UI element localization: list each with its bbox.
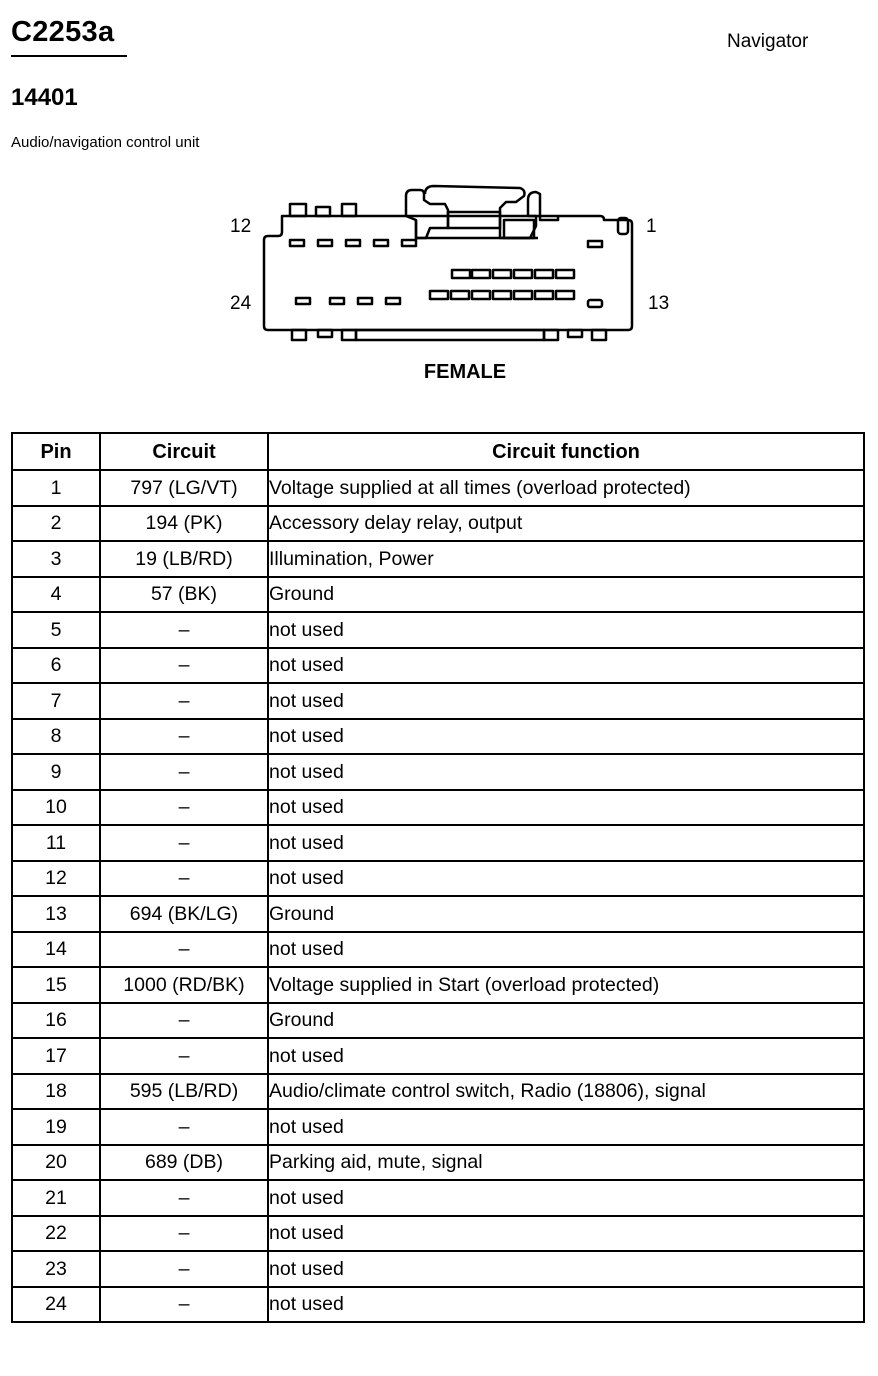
column-header-circuit: Circuit bbox=[100, 433, 268, 470]
table-row: 10–not used bbox=[12, 790, 864, 826]
circuit-cell: – bbox=[100, 932, 268, 968]
circuit-cell: 797 (LG/VT) bbox=[100, 470, 268, 506]
table-row: 23–not used bbox=[12, 1251, 864, 1287]
pin-cell: 17 bbox=[12, 1038, 100, 1074]
table-row: 18595 (LB/RD)Audio/climate control switc… bbox=[12, 1074, 864, 1110]
table-row: 16–Ground bbox=[12, 1003, 864, 1039]
table-row: 12–not used bbox=[12, 861, 864, 897]
function-cell: not used bbox=[268, 754, 864, 790]
circuit-cell: 595 (LB/RD) bbox=[100, 1074, 268, 1110]
table-row: 8–not used bbox=[12, 719, 864, 755]
table-row: 13694 (BK/LG)Ground bbox=[12, 896, 864, 932]
function-cell: not used bbox=[268, 1216, 864, 1252]
pin-cell: 4 bbox=[12, 577, 100, 613]
function-cell: Ground bbox=[268, 577, 864, 613]
pin-cell: 22 bbox=[12, 1216, 100, 1252]
connector-face-illustration bbox=[220, 180, 680, 350]
table-row: 6–not used bbox=[12, 648, 864, 684]
circuit-cell: – bbox=[100, 612, 268, 648]
pin-cell: 13 bbox=[12, 896, 100, 932]
function-cell: not used bbox=[268, 648, 864, 684]
table-row: 17–not used bbox=[12, 1038, 864, 1074]
circuit-cell: 57 (BK) bbox=[100, 577, 268, 613]
pin-cell: 11 bbox=[12, 825, 100, 861]
table-row: 21–not used bbox=[12, 1180, 864, 1216]
pin-cell: 3 bbox=[12, 541, 100, 577]
pin-cell: 12 bbox=[12, 861, 100, 897]
circuit-cell: – bbox=[100, 683, 268, 719]
function-cell: not used bbox=[268, 719, 864, 755]
circuit-cell: – bbox=[100, 719, 268, 755]
circuit-cell: – bbox=[100, 754, 268, 790]
connector-id-underline bbox=[11, 55, 127, 57]
pin-label-1: 1 bbox=[646, 217, 657, 237]
pin-cell: 8 bbox=[12, 719, 100, 755]
function-cell: not used bbox=[268, 683, 864, 719]
function-cell: Accessory delay relay, output bbox=[268, 506, 864, 542]
circuit-cell: 694 (BK/LG) bbox=[100, 896, 268, 932]
function-cell: not used bbox=[268, 861, 864, 897]
pin-cell: 24 bbox=[12, 1287, 100, 1323]
table-row: 19–not used bbox=[12, 1109, 864, 1145]
pin-cell: 21 bbox=[12, 1180, 100, 1216]
function-cell: Ground bbox=[268, 896, 864, 932]
table-row: 457 (BK)Ground bbox=[12, 577, 864, 613]
function-cell: Voltage supplied at all times (overload … bbox=[268, 470, 864, 506]
function-cell: Audio/climate control switch, Radio (188… bbox=[268, 1074, 864, 1110]
component-name: Audio/navigation control unit bbox=[11, 132, 211, 153]
pin-cell: 20 bbox=[12, 1145, 100, 1181]
function-cell: not used bbox=[268, 1287, 864, 1323]
function-cell: not used bbox=[268, 932, 864, 968]
pin-cell: 10 bbox=[12, 790, 100, 826]
part-number: 14401 bbox=[11, 84, 78, 112]
table-row: 1797 (LG/VT)Voltage supplied at all time… bbox=[12, 470, 864, 506]
function-cell: not used bbox=[268, 1038, 864, 1074]
pin-label-12: 12 bbox=[230, 217, 251, 237]
function-cell: not used bbox=[268, 1180, 864, 1216]
circuit-cell: – bbox=[100, 1109, 268, 1145]
table-row: 24–not used bbox=[12, 1287, 864, 1323]
circuit-cell: 1000 (RD/BK) bbox=[100, 967, 268, 1003]
table-row: 5–not used bbox=[12, 612, 864, 648]
column-header-pin: Pin bbox=[12, 433, 100, 470]
pinout-table: Pin Circuit Circuit function 1797 (LG/VT… bbox=[11, 432, 865, 1323]
function-cell: not used bbox=[268, 1251, 864, 1287]
circuit-cell: – bbox=[100, 1287, 268, 1323]
pin-cell: 23 bbox=[12, 1251, 100, 1287]
circuit-cell: – bbox=[100, 1038, 268, 1074]
pin-cell: 18 bbox=[12, 1074, 100, 1110]
pin-cell: 2 bbox=[12, 506, 100, 542]
function-cell: not used bbox=[268, 612, 864, 648]
circuit-cell: – bbox=[100, 648, 268, 684]
pin-cell: 9 bbox=[12, 754, 100, 790]
table-row: 7–not used bbox=[12, 683, 864, 719]
function-cell: Illumination, Power bbox=[268, 541, 864, 577]
function-cell: not used bbox=[268, 1109, 864, 1145]
table-row: 20689 (DB)Parking aid, mute, signal bbox=[12, 1145, 864, 1181]
circuit-cell: – bbox=[100, 790, 268, 826]
pin-label-24: 24 bbox=[230, 294, 251, 314]
pin-cell: 7 bbox=[12, 683, 100, 719]
function-cell: not used bbox=[268, 790, 864, 826]
function-cell: Parking aid, mute, signal bbox=[268, 1145, 864, 1181]
pin-cell: 19 bbox=[12, 1109, 100, 1145]
circuit-cell: 689 (DB) bbox=[100, 1145, 268, 1181]
table-row: 14–not used bbox=[12, 932, 864, 968]
column-header-function: Circuit function bbox=[268, 433, 864, 470]
table-row: 2194 (PK)Accessory delay relay, output bbox=[12, 506, 864, 542]
circuit-cell: 194 (PK) bbox=[100, 506, 268, 542]
function-cell: Ground bbox=[268, 1003, 864, 1039]
table-row: 319 (LB/RD)Illumination, Power bbox=[12, 541, 864, 577]
circuit-cell: – bbox=[100, 1216, 268, 1252]
circuit-cell: 19 (LB/RD) bbox=[100, 541, 268, 577]
table-row: 11–not used bbox=[12, 825, 864, 861]
function-cell: Voltage supplied in Start (overload prot… bbox=[268, 967, 864, 1003]
table-header-row: Pin Circuit Circuit function bbox=[12, 433, 864, 470]
pin-cell: 1 bbox=[12, 470, 100, 506]
table-row: 151000 (RD/BK)Voltage supplied in Start … bbox=[12, 967, 864, 1003]
vehicle-name: Navigator bbox=[727, 31, 808, 53]
circuit-cell: – bbox=[100, 1003, 268, 1039]
table-row: 22–not used bbox=[12, 1216, 864, 1252]
connector-gender: FEMALE bbox=[400, 360, 530, 384]
pin-cell: 15 bbox=[12, 967, 100, 1003]
connector-diagram: 12 1 24 13 bbox=[220, 180, 680, 350]
connector-id: C2253a bbox=[11, 16, 114, 48]
pin-cell: 16 bbox=[12, 1003, 100, 1039]
circuit-cell: – bbox=[100, 1180, 268, 1216]
function-cell: not used bbox=[268, 825, 864, 861]
pin-cell: 5 bbox=[12, 612, 100, 648]
pin-cell: 14 bbox=[12, 932, 100, 968]
circuit-cell: – bbox=[100, 1251, 268, 1287]
circuit-cell: – bbox=[100, 861, 268, 897]
table-row: 9–not used bbox=[12, 754, 864, 790]
pin-cell: 6 bbox=[12, 648, 100, 684]
pin-label-13: 13 bbox=[648, 294, 669, 314]
pinout-table-body: 1797 (LG/VT)Voltage supplied at all time… bbox=[12, 470, 864, 1322]
circuit-cell: – bbox=[100, 825, 268, 861]
